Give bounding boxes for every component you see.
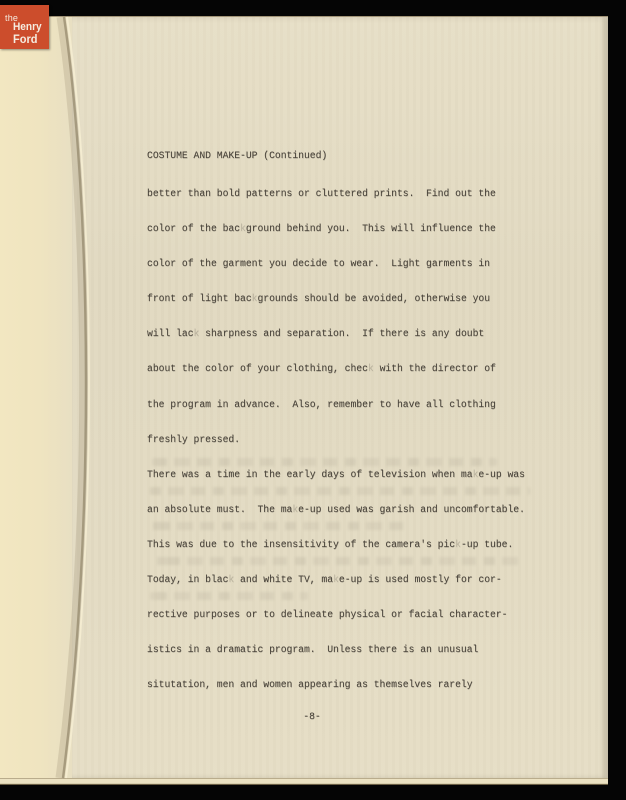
typed-line: freshly pressed.	[147, 422, 525, 457]
typed-line: There was a time in the early days of te…	[147, 457, 525, 492]
page-stack-bottom-edge	[0, 778, 608, 785]
typed-line: front of light backgrounds should be avo…	[147, 281, 525, 316]
page-number: -8-	[147, 711, 477, 722]
scanned-document-photo: COSTUME AND MAKE-UP (Continued) better t…	[0, 0, 626, 800]
typed-body: better than bold patterns or cluttered p…	[147, 176, 525, 702]
typed-line: Today, in black and white TV, make-up is…	[147, 562, 525, 597]
typed-line: about the color of your clothing, check …	[147, 351, 525, 386]
henry-ford-logo: the Henry Ford	[0, 5, 49, 49]
typed-line: color of the background behind you. This…	[147, 211, 525, 246]
typed-line: rective purposes or to delineate physica…	[147, 597, 525, 632]
typed-line: the program in advance. Also, remember t…	[147, 387, 525, 422]
typed-line: an absolute must. The make-up used was g…	[147, 492, 525, 527]
logo-text-ford: Ford	[13, 33, 38, 45]
typed-line: istics in a dramatic program. Unless the…	[147, 632, 525, 667]
page-binding-edge	[0, 17, 72, 778]
typed-line: better than bold patterns or cluttered p…	[147, 176, 525, 211]
typed-line: This was due to the insensitivity of the…	[147, 527, 525, 562]
typed-line: color of the garment you decide to wear.…	[147, 246, 525, 281]
document-title: COSTUME AND MAKE-UP (Continued)	[147, 150, 327, 161]
typed-line: situtation, men and women appearing as t…	[147, 667, 525, 702]
typed-line: will lack sharpness and separation. If t…	[147, 316, 525, 351]
